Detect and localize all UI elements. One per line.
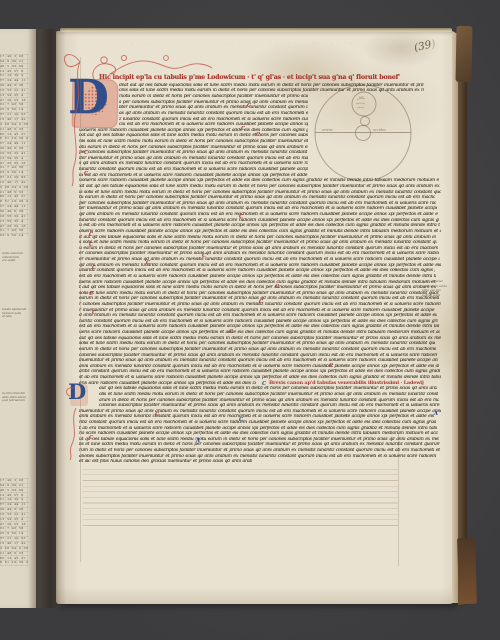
capitulum-mark: C [92,311,96,316]
facing-page-note: tabula mediorum motuum solis et lune [2,308,32,319]
facing-page-note: in anno bisextili adde diem unum post fe… [2,392,32,403]
capitulum-mark: C [229,330,233,335]
upper-body-circle [352,92,376,116]
capitulum-mark: C [247,104,251,109]
capitulum-mark: A [434,412,438,417]
center-body-circle [356,126,371,141]
capitulum-mark: C [275,285,279,290]
capitulum-mark: C [89,233,93,238]
capitulum-mark: C [89,292,93,297]
capitulum-mark: C [89,436,93,441]
illuminated-initial-primary: D [68,74,109,121]
diagram-right-label: occides [373,128,386,132]
capitulum-mark: C [146,261,150,266]
manuscript-photograph: 17 42 3 28 54 9 36 21 48 5 33 60 12 45 2… [0,0,500,640]
diagram-scribble-text [356,98,365,108]
binding-cover-top-corner [456,26,473,82]
capitulum-mark: C [239,215,243,220]
diagram-left-label: oriens [322,128,333,132]
capitulum-mark: C [259,300,263,305]
capitulum-mark: C [155,413,159,418]
capitulum-mark: C [84,172,88,177]
binding-cover-bottom-corner [457,538,477,604]
capitulum-mark: C [329,364,333,369]
capitulum-mark: C [256,133,260,138]
capitulum-mark: C [84,151,88,156]
page-stack-top-edge [60,28,452,33]
capitulum-mark: C [241,127,245,132]
capitulum-mark: C [92,266,96,271]
facing-page-table-bottom: 17 42 3 28 54 9 36 21 48 5 33 60 12 45 2… [0,478,29,566]
blank-ruled-lines [83,469,398,527]
connector-circle [361,117,370,126]
facing-page-note: radix annorum collectorum ere xpisti [2,252,32,263]
facing-page-table-top: 17 42 3 28 54 9 36 21 48 5 33 60 12 45 2… [0,54,29,236]
outer-sphere-circle [315,85,411,181]
margin-note-line: eclipsi solis [422,293,456,297]
capitulum-mark: A [196,439,200,444]
ghost-offset-text: · – · · – – · · · – · – · · – · – – · · … [125,41,425,46]
capitulum-mark: C [262,382,266,387]
body-text-line: et sic est finis huius canonis deo graci… [79,459,252,465]
capitulum-mark: C [202,254,206,259]
capitulum-mark: C [239,418,243,423]
fore-edge-shadow [458,30,467,605]
diagram-top-label: sol [359,95,363,99]
capitulum-mark: C [89,243,93,248]
